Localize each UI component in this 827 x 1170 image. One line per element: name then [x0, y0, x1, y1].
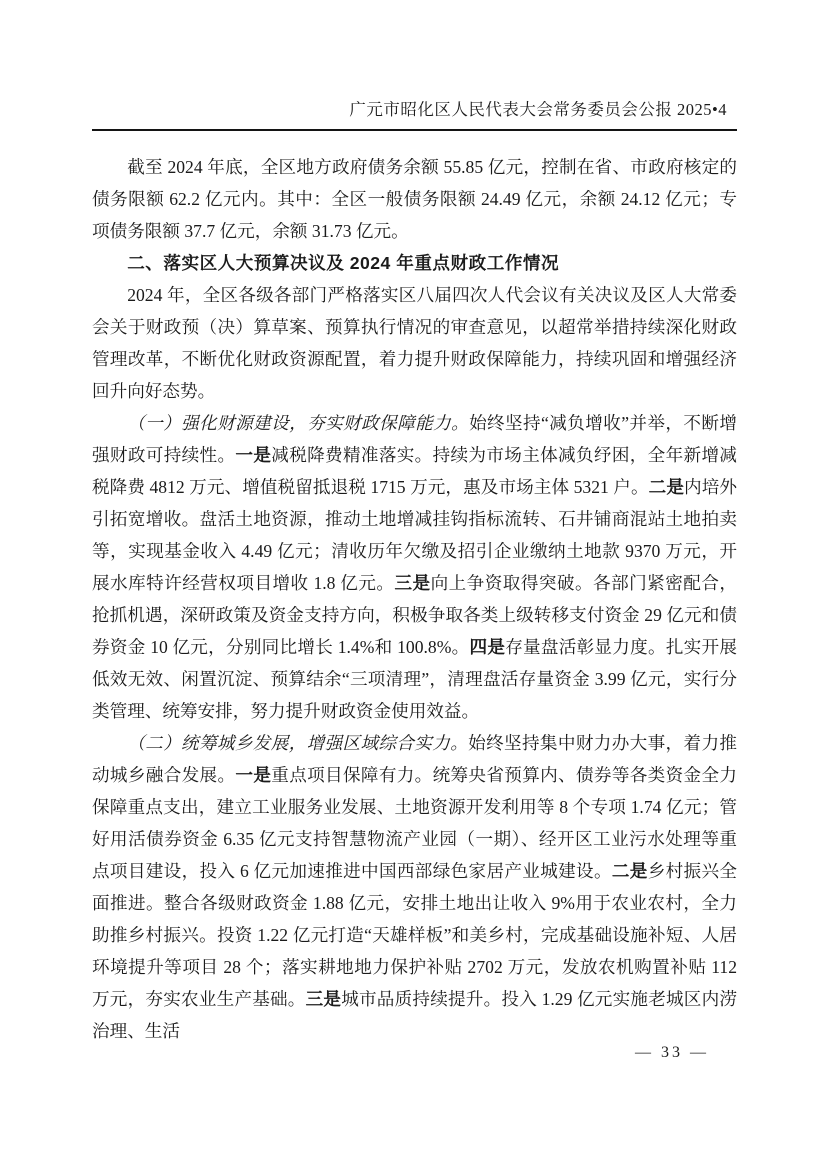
document-body: 截至 2024 年底，全区地方政府债务余额 55.85 亿元，控制在省、市政府核…: [92, 151, 737, 1047]
ordinal-marker-1: 一是: [235, 445, 271, 465]
page-number: — 33 —: [635, 1044, 709, 1062]
paragraph-debt-text: 截至 2024 年底，全区地方政府债务余额 55.85 亿元，控制在省、市政府核…: [92, 157, 737, 241]
paragraph-intro: 2024 年，全区各级各部门严格落实区八届四次人代会议有关决议及区人大常委会关于…: [92, 279, 737, 407]
subsection-one-lead: （一）强化财源建设，夯实财政保障能力。: [127, 413, 469, 433]
page-header: 广元市昭化区人民代表大会常务委员会公报 2025•4: [92, 96, 737, 120]
section-heading-text: 二、落实区人大预算决议及 2024 年重点财政工作情况: [127, 253, 559, 273]
ordinal-marker-7: 三是: [306, 989, 342, 1009]
ordinal-text-6: 乡村振兴全面推进。整合各级财政资金 1.88 亿元，安排土地出让收入 9%用于农…: [92, 861, 737, 1009]
ordinal-marker-5: 一是: [235, 765, 271, 785]
gazette-document-page: 广元市昭化区人民代表大会常务委员会公报 2025•4 截至 2024 年底，全区…: [0, 0, 827, 1170]
section-heading: 二、落实区人大预算决议及 2024 年重点财政工作情况: [92, 247, 737, 279]
gazette-title: 广元市昭化区人民代表大会常务委员会公报 2025•4: [349, 100, 727, 119]
header-rule: [92, 129, 737, 131]
paragraph-subsection-two: （二）统筹城乡发展，增强区域综合实力。始终坚持集中财力办大事，着力推动城乡融合发…: [92, 727, 737, 1047]
paragraph-intro-text: 2024 年，全区各级各部门严格落实区八届四次人代会议有关决议及区人大常委会关于…: [92, 285, 737, 401]
paragraph-subsection-one: （一）强化财源建设，夯实财政保障能力。始终坚持“减负增收”并举，不断增强财政可持…: [92, 407, 737, 727]
ordinal-marker-3: 三是: [394, 573, 430, 593]
paragraph-debt-summary: 截至 2024 年底，全区地方政府债务余额 55.85 亿元，控制在省、市政府核…: [92, 151, 737, 247]
ordinal-marker-2: 二是: [649, 477, 684, 497]
subsection-two-lead: （二）统筹城乡发展，增强区域综合实力。: [127, 733, 468, 753]
ordinal-marker-4: 四是: [469, 637, 505, 657]
ordinal-marker-6: 二是: [612, 861, 648, 881]
